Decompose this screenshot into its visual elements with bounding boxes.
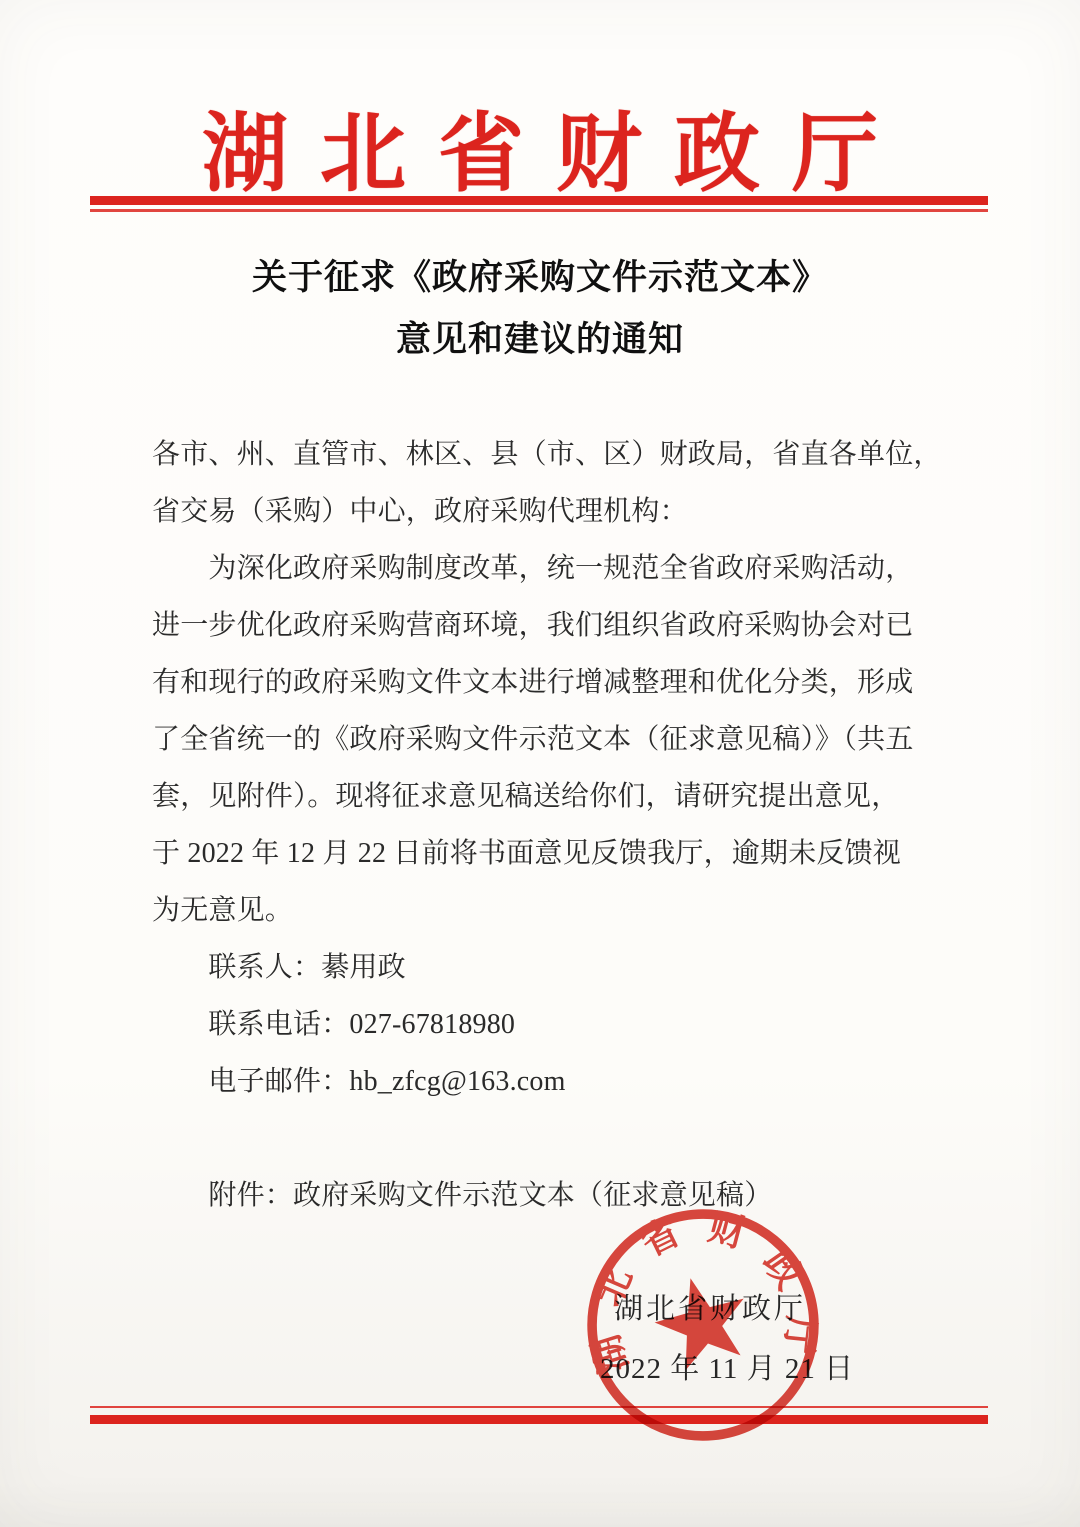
document-title-line2: 意见和建议的通知 — [0, 312, 1080, 362]
body-line: 套，见附件）。现将征求意见稿送给你们，请研究提出意见， — [152, 768, 962, 825]
document-title-line1: 关于征求《政府采购文件示范文本》 — [0, 250, 1080, 300]
contact-email-line: 电子邮件：hb_zfcg@163.com — [152, 1053, 962, 1110]
footer-rule-thick — [90, 1415, 988, 1424]
official-document-page: 湖北省财政厅 关于征求《政府采购文件示范文本》 意见和建议的通知 各市、州、直管… — [0, 0, 1080, 1527]
attachment-line: 附件：政府采购文件示范文本（征求意见稿） — [152, 1167, 962, 1224]
seal-star-icon — [646, 1266, 758, 1374]
body-line: 进一步优化政府采购营商环境，我们组织省政府采购协会对已 — [152, 597, 962, 654]
contact-person-line: 联系人：綦用政 — [152, 939, 962, 996]
body-line: 了全省统一的《政府采购文件示范文本（征求意见稿）》（共五 — [152, 711, 962, 768]
body-line: 为深化政府采购制度改革，统一规范全省政府采购活动， — [152, 540, 962, 597]
contact-phone-line: 联系电话：027-67818980 — [152, 996, 962, 1053]
header-rule-thin — [90, 209, 988, 212]
blank-line — [152, 1110, 962, 1167]
official-seal: 湖北省财政厅 — [572, 1194, 834, 1456]
header-rule-thick — [90, 196, 988, 205]
body-line: 各市、州、直管市、林区、县（市、区）财政局，省直各单位， — [152, 426, 962, 483]
agency-letterhead: 湖北省财政厅 — [0, 84, 1080, 208]
body-line: 为无意见。 — [152, 882, 962, 939]
official-seal-graphic: 湖北省财政厅 — [572, 1194, 834, 1456]
document-body: 各市、州、直管市、林区、县（市、区）财政局，省直各单位， 省交易（采购）中心，政… — [152, 426, 962, 1224]
body-line: 省交易（采购）中心，政府采购代理机构： — [152, 483, 962, 540]
footer-rule-thin — [90, 1406, 988, 1408]
body-line: 于 2022 年 12 月 22 日前将书面意见反馈我厅，逾期未反馈视 — [152, 825, 962, 882]
body-line: 有和现行的政府采购文件文本进行增减整理和优化分类，形成 — [152, 654, 962, 711]
